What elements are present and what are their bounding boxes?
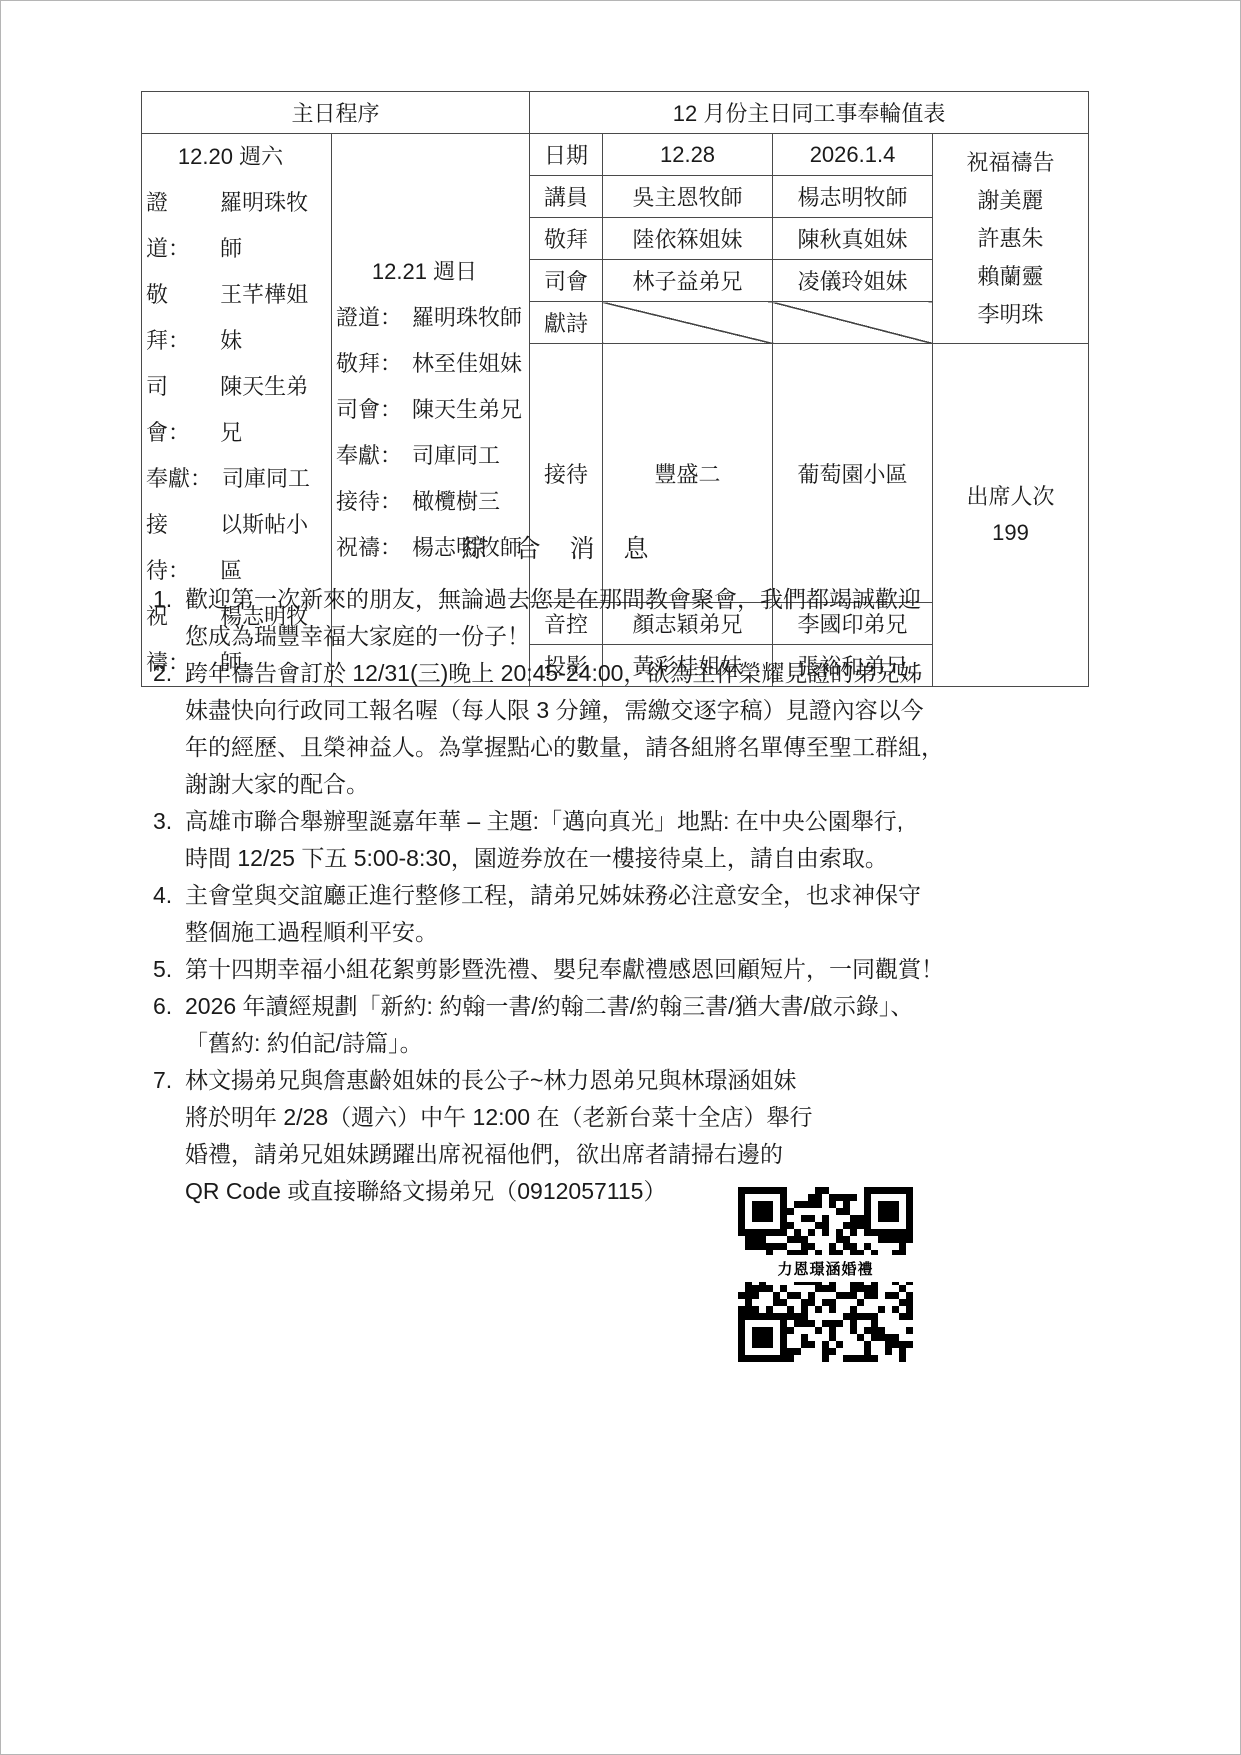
roster-cell-empty-slash — [603, 302, 773, 344]
service-role-label: 證道： — [336, 295, 402, 341]
item-text: 主會堂與交誼廳正進行整修工程，請弟兄姊妹務必注意安全，也求神保守 整個施工過程順… — [185, 877, 961, 951]
service-role-label: 證道： — [146, 180, 210, 272]
table-row: 12.20 週六 證道：羅明珠牧師 敬拜：王芊樺姐妹 司會：陳天生弟兄 奉獻：司… — [142, 134, 1089, 176]
service-line: 敬拜：林至佳姐妹 — [336, 341, 525, 387]
service-role-label: 奉獻： — [336, 433, 402, 479]
item-number: 3. — [151, 803, 185, 840]
service-role-value: 橄欖樹三 — [412, 479, 500, 525]
item-number: 4. — [151, 877, 185, 914]
service-role-label: 司會： — [146, 364, 210, 456]
list-item: 3. 高雄市聯合舉辦聖誕嘉年華 – 主題:「邁向真光」地點: 在中央公園舉行, … — [151, 803, 961, 877]
service-line: 司會：陳天生弟兄 — [146, 364, 327, 456]
item-text: 2026 年讀經規劃「新約: 約翰一書/約翰二書/約翰三書/猶大書/啟示錄」、 … — [185, 988, 961, 1062]
announcements-section: 綜 合 消 息 1. 歡迎第一次新來的朋友，無論過去您是在那間教會聚會，我們都竭… — [151, 529, 961, 1210]
bulletin-page: 主日程序 12 月份主日同工事奉輪值表 12.20 週六 證道：羅明珠牧師 敬拜… — [0, 0, 1241, 1755]
roster-cell: 吳主恩牧師 — [603, 176, 773, 218]
roster-row-label: 敬拜 — [530, 218, 603, 260]
blessing-prayer-name: 李明珠 — [937, 296, 1084, 334]
item-number: 2. — [151, 655, 185, 692]
item-number: 7. — [151, 1062, 185, 1099]
list-item: 4. 主會堂與交誼廳正進行整修工程，請弟兄姊妹務必注意安全，也求神保守 整個施工… — [151, 877, 961, 951]
list-item: 1. 歡迎第一次新來的朋友，無論過去您是在那間教會聚會，我們都竭誠歡迎 您成為瑞… — [151, 581, 961, 655]
roster-cell: 2026.1.4 — [773, 134, 933, 176]
item-text: 歡迎第一次新來的朋友，無論過去您是在那間教會聚會，我們都竭誠歡迎 您成為瑞豐幸福… — [185, 581, 961, 655]
service-date: 12.21 週日 — [336, 249, 525, 295]
item-text: 跨年禱告會訂於 12/31(三)晚上 20:45-24:00，欲為主作榮耀見證的… — [185, 655, 961, 803]
service-line: 敬拜：王芊樺姐妹 — [146, 272, 327, 364]
roster-row-label: 日期 — [530, 134, 603, 176]
table-header-row: 主日程序 12 月份主日同工事奉輪值表 — [142, 92, 1089, 134]
service-role-value: 王芊樺姐妹 — [220, 272, 327, 364]
qr-code: 力恩璟涵婚禮 — [738, 1187, 913, 1362]
service-role-value: 司庫同工 — [412, 433, 500, 479]
roster-cell: 林子益弟兄 — [603, 260, 773, 302]
roster-cell: 陸依箖姐妹 — [603, 218, 773, 260]
service-role-value: 羅明珠牧師 — [220, 180, 327, 272]
service-line: 證道：羅明珠牧師 — [336, 295, 525, 341]
service-line: 司會：陳天生弟兄 — [336, 387, 525, 433]
list-item: 6. 2026 年讀經規劃「新約: 約翰一書/約翰二書/約翰三書/猶大書/啟示錄… — [151, 988, 961, 1062]
item-number: 1. — [151, 581, 185, 618]
roster-cell-empty-slash — [773, 302, 933, 344]
roster-row-label: 司會 — [530, 260, 603, 302]
service-role-value: 林至佳姐妹 — [412, 341, 522, 387]
left-table-title: 主日程序 — [142, 92, 530, 134]
announcements-title: 綜 合 消 息 — [151, 529, 961, 565]
list-item: 2. 跨年禱告會訂於 12/31(三)晚上 20:45-24:00，欲為主作榮耀… — [151, 655, 961, 803]
item-number: 5. — [151, 951, 185, 988]
service-line: 奉獻：司庫同工 — [146, 456, 327, 502]
roster-cell: 陳秋真姐妹 — [773, 218, 933, 260]
blessing-prayer-name: 賴蘭靈 — [937, 258, 1084, 296]
list-item: 5. 第十四期幸福小組花絮剪影暨洗禮、嬰兒奉獻禮感恩回顧短片，一同觀賞！ — [151, 951, 961, 988]
service-role-value: 陳天生弟兄 — [220, 364, 327, 456]
blessing-prayer-name: 許惠朱 — [937, 220, 1084, 258]
service-role-label: 敬拜： — [336, 341, 402, 387]
service-role-label: 奉獻： — [146, 456, 212, 502]
qr-code-label: 力恩璟涵婚禮 — [738, 1255, 913, 1282]
service-role-value: 羅明珠牧師 — [412, 295, 522, 341]
right-table-title: 12 月份主日同工事奉輪值表 — [530, 92, 1089, 134]
service-role-label: 接待： — [336, 479, 402, 525]
item-text: 第十四期幸福小組花絮剪影暨洗禮、嬰兒奉獻禮感恩回顧短片，一同觀賞！ — [185, 951, 961, 988]
item-text: 高雄市聯合舉辦聖誕嘉年華 – 主題:「邁向真光」地點: 在中央公園舉行, 時間 … — [185, 803, 961, 877]
blessing-prayer-title: 祝福禱告 — [937, 144, 1084, 182]
service-role-label: 司會： — [336, 387, 402, 433]
attendance-label: 出席人次 — [937, 479, 1084, 515]
service-role-label: 敬拜： — [146, 272, 210, 364]
roster-row-label: 獻詩 — [530, 302, 603, 344]
service-role-value: 陳天生弟兄 — [412, 387, 522, 433]
service-role-value: 司庫同工 — [222, 456, 310, 502]
service-line: 證道：羅明珠牧師 — [146, 180, 327, 272]
roster-row-label: 講員 — [530, 176, 603, 218]
roster-cell: 凌儀玲姐妹 — [773, 260, 933, 302]
roster-cell: 12.28 — [603, 134, 773, 176]
roster-cell: 楊志明牧師 — [773, 176, 933, 218]
blessing-prayer-name: 謝美麗 — [937, 182, 1084, 220]
blessing-prayer-cell: 祝福禱告 謝美麗 許惠朱 賴蘭靈 李明珠 — [933, 134, 1089, 344]
service-date: 12.20 週六 — [146, 134, 327, 180]
item-number: 6. — [151, 988, 185, 1025]
service-line: 奉獻：司庫同工 — [336, 433, 525, 479]
service-line: 接待：橄欖樹三 — [336, 479, 525, 525]
